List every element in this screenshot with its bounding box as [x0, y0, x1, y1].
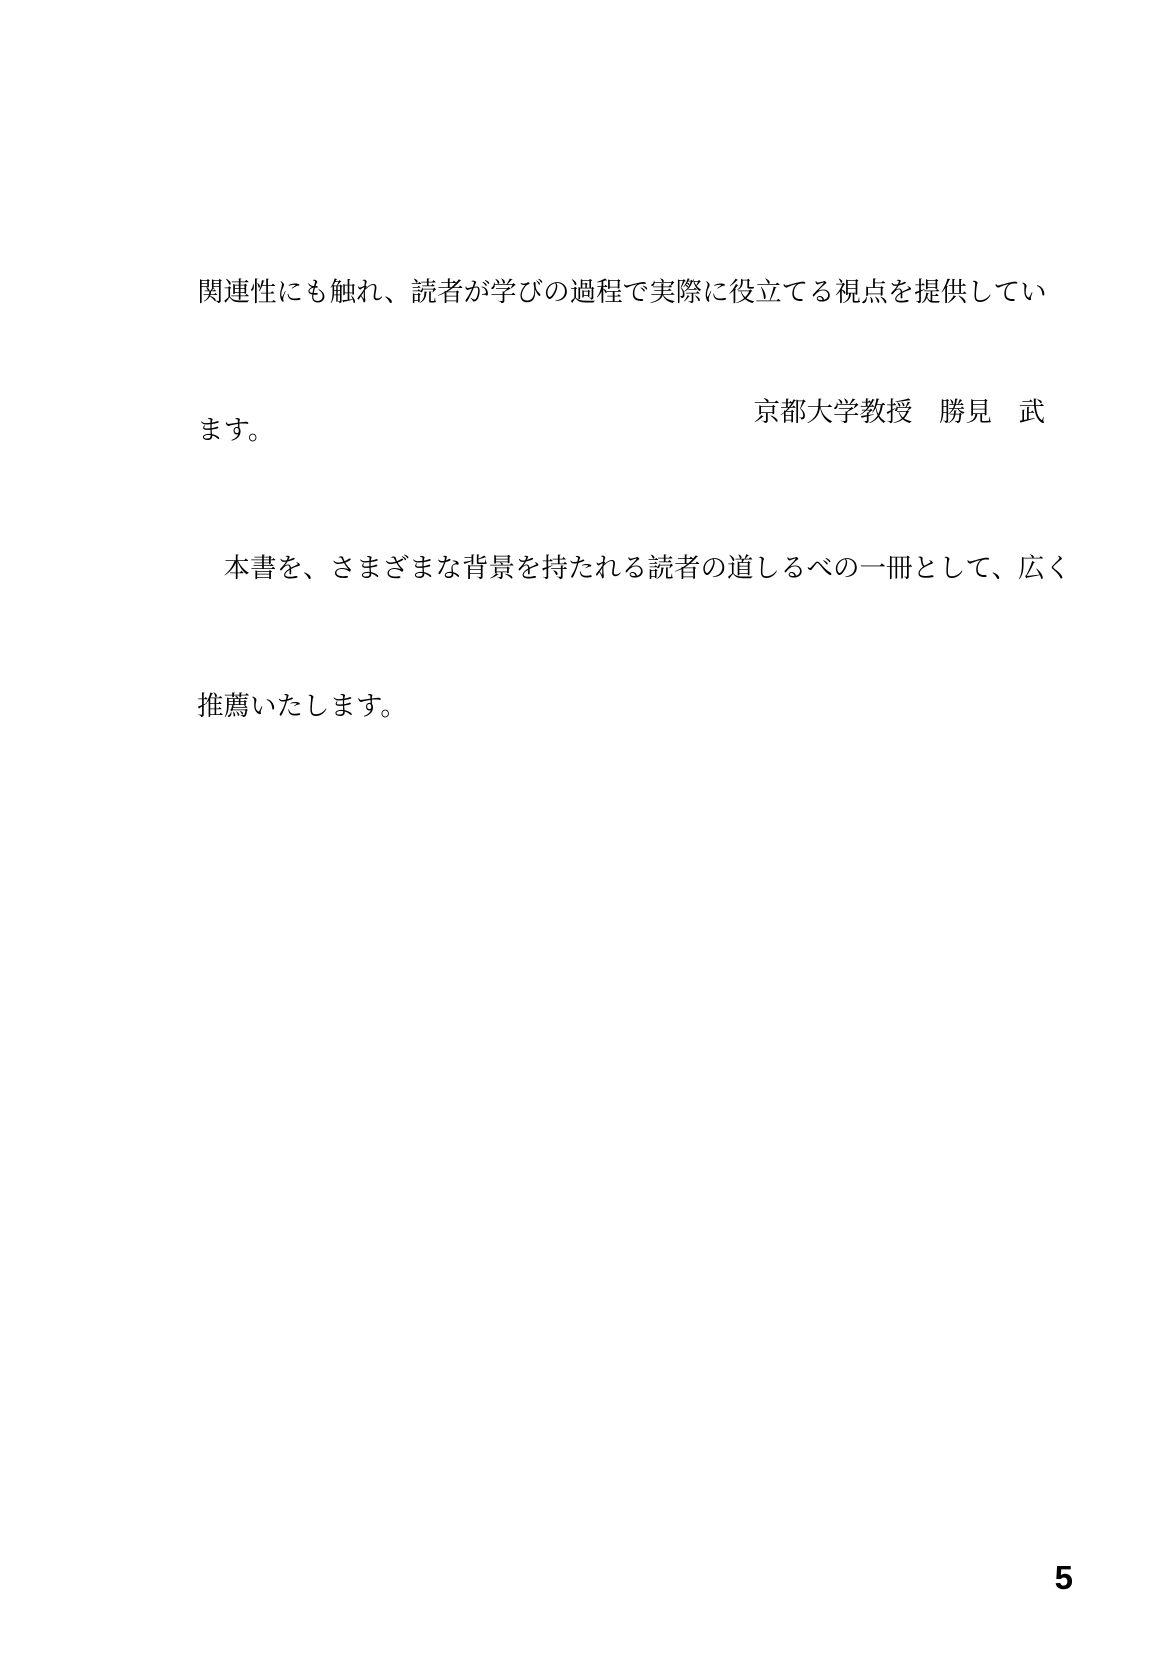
paragraph-1-line-1: 関連性にも触れ、読者が学びの過程で実際に役立てる視点を提供してい	[197, 269, 1071, 315]
paragraph-2-line-1: 本書を、さまざまな背景を持たれる読者の道しるべの一冊として、広く	[197, 545, 1071, 591]
page-number: 5	[1055, 1561, 1073, 1594]
signature-line: 京都大学教授 勝見 武	[754, 389, 1046, 435]
document-page: 関連性にも触れ、読者が学びの過程で実際に役立てる視点を提供してい ます。 本書を…	[0, 0, 1165, 1654]
paragraph-2-line-2: 推薦いたします。	[197, 683, 1071, 729]
recommendation-body-text: 関連性にも触れ、読者が学びの過程で実際に役立てる視点を提供してい ます。 本書を…	[197, 177, 1071, 821]
